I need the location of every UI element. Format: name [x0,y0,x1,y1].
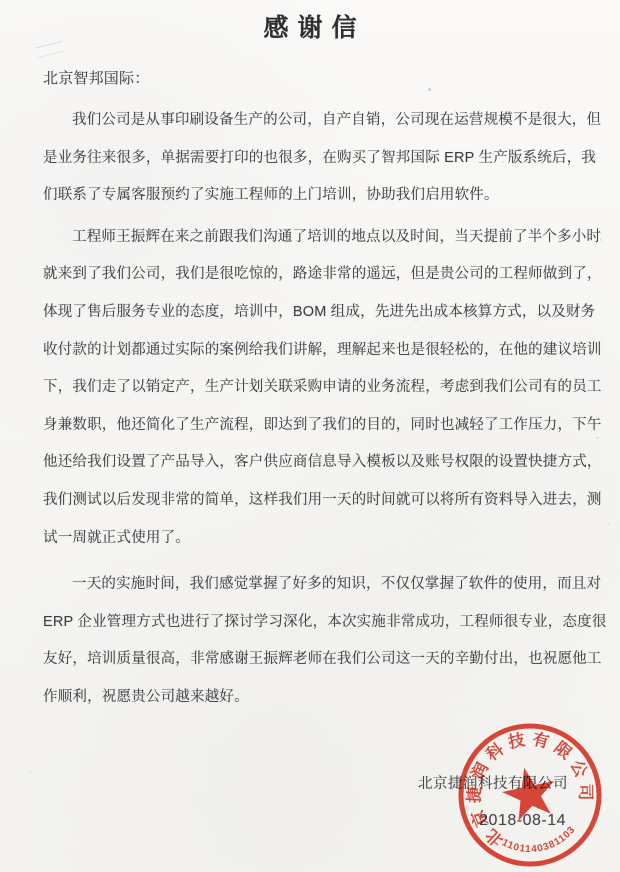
letter-page: 感谢信 北京智邦国际： 我们公司是从事印刷设备生产的公司，自产自销，公司现在运营… [0,0,620,872]
letter-line: 工程师王振辉在来之前跟我们沟通了培训的地点以及时间，当天提前了半个多小时 [43,219,595,257]
letter-body: 北京智邦国际： 我们公司是从事印刷设备生产的公司，自产自销，公司现在运营规模不是… [43,60,595,717]
seal-star-icon [498,762,561,823]
letter-line: 身兼数职，他还简化了生产流程，即达到了我们的目的，同时也减轻了工作压力，下午 [43,407,595,445]
company-seal: 北京捷润科技有限公司 1101140381103 [450,715,610,872]
letter-title: 感谢信 [0,8,620,44]
letter-line: 试一周就正式使用了。 [43,520,595,558]
letter-line: 他还给我们设置了产品导入，客户供应商信息导入模板以及账号权限的设置快捷方式， [43,444,595,482]
letter-line: ERP 企业管理方式也进行了探讨学习深化，本次实施非常成功，工程师很专业，态度很 [43,604,595,642]
letter-line: 下，我们走了以销定产，生产计划关联采购申请的业务流程，考虑到我们公司有的员工 [43,369,595,407]
paragraph-3: 一天的实施时间，我们感觉掌握了好多的知识，不仅仅掌握了软件的使用，而且对 ERP… [43,566,595,716]
paragraph-1: 我们公司是从事印刷设备生产的公司，自产自销，公司现在运营规模不是很大，但 是业务… [43,102,595,215]
paragraph-2: 工程师王振辉在来之前跟我们沟通了培训的地点以及时间，当天提前了半个多小时 就来到… [43,219,595,557]
letter-line: 们联系了专属客服预约了实施工程师的上门培训，协助我们启用软件。 [43,177,595,215]
scan-artifact [608,523,610,525]
letter-line: 我们公司是从事印刷设备生产的公司，自产自销，公司现在运营规模不是很大，但 [43,102,595,140]
letter-line: 我们测试以后发现非常的简单，这样我们用一天的时间就可以将所有资料导入进去，测 [43,482,595,520]
letter-line: 友好，培训质量很高，非常感谢王振辉老师在我们公司这一天的辛勤付出，也祝愿他工 [43,641,595,679]
letter-line: 作顺利，祝愿贵公司越来越好。 [43,679,595,717]
letter-line: 一天的实施时间，我们感觉掌握了好多的知识，不仅仅掌握了软件的使用，而且对 [43,566,595,604]
salutation: 北京智邦国际： [43,60,595,98]
scan-artifact [28,770,33,773]
letter-line: 收付款的计划都通过实际的案例给我们讲解，理解起来也是很轻松的，在他的建议培训 [43,332,595,370]
letter-line: 体现了售后服务专业的态度，培训中，BOM 组成，先进先出成本核算方式，以及财务 [43,294,595,332]
seal-registration-number: 1101140381103 [500,824,578,855]
letter-line: 就来到了我们公司，我们是很吃惊的，路途非常的遥远，但是贵公司的工程师做到了， [43,256,595,294]
letter-line: 是业务往来很多，单据需要打印的也很多，在购买了智邦国际 ERP 生产版系统后，我 [43,140,595,178]
scan-artifact [596,437,599,439]
